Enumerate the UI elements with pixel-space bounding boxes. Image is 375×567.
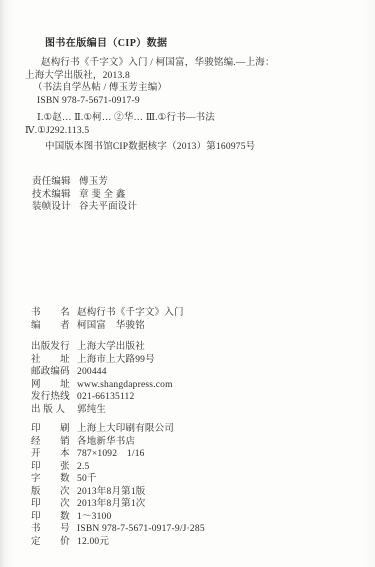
colophon-label: 书 号 bbox=[31, 523, 72, 536]
colophon-row: 印 刷 上海上大印刷有限公司 bbox=[31, 423, 365, 436]
colophon-row: 书 名 赵构行书《千字文》入门 bbox=[31, 307, 365, 320]
cip-classification: Ⅰ.①赵… Ⅱ.①柯… ②华… Ⅲ.①行书—书法 Ⅳ.①J292.113.5 bbox=[25, 112, 363, 137]
colophon-row: 书 号 ISBN 978-7-5671-0917-9/J·285 bbox=[31, 523, 365, 536]
colophon-label: 定 价 bbox=[31, 536, 72, 549]
colophon-row: 定 价 12.00元 bbox=[31, 536, 365, 549]
colophon-label: 网 址 bbox=[31, 379, 72, 392]
colophon-value: 50千 bbox=[77, 473, 97, 486]
editor-label: 装帧设计 bbox=[32, 201, 73, 214]
colophon-label: 出 版 人 bbox=[31, 404, 72, 417]
colophon-label: 社 址 bbox=[31, 354, 72, 367]
colophon-block: 书 名 赵构行书《千字文》入门 编 者 柯国富 华骏铭 出版发行 上海大学出版社… bbox=[31, 307, 365, 548]
cip-record-line: ISBN 978-7-5671-0917-9 bbox=[25, 95, 363, 108]
colophon-row: 网 址 www.shangdapress.com bbox=[31, 379, 365, 392]
editor-row: 技术编辑 章 斐 全 鑫 bbox=[32, 189, 137, 202]
editor-label: 责任编辑 bbox=[32, 176, 73, 189]
editor-row: 装帧设计 谷夫平面设计 bbox=[32, 201, 137, 214]
colophon-label: 印 刷 bbox=[31, 423, 72, 436]
colophon-row: 经 销 各地新华书店 bbox=[31, 436, 365, 449]
colophon-label: 邮政编码 bbox=[31, 366, 72, 379]
colophon-row: 印 次 2013年8月第1次 bbox=[31, 498, 365, 511]
cip-record: 赵构行书《千字文》入门 / 柯国富，华骏铭编.—上海： 上海大学出版社，2013… bbox=[25, 57, 363, 107]
colophon-label: 书 名 bbox=[31, 307, 72, 320]
cip-record-line: 上海大学出版社，2013.8 bbox=[25, 70, 363, 83]
editor-value: 谷夫平面设计 bbox=[79, 201, 137, 214]
copyright-page: 图书在版编目（CIP）数据 赵构行书《千字文》入门 / 柯国富，华骏铭编.—上海… bbox=[0, 0, 375, 567]
colophon-row: 版 次 2013年8月第1版 bbox=[31, 486, 365, 499]
colophon-value: 上海市上大路99号 bbox=[77, 354, 155, 367]
colophon-value: ISBN 978-7-5671-0917-9/J·285 bbox=[77, 523, 205, 536]
colophon-row: 字 数 50千 bbox=[31, 473, 365, 486]
colophon-row: 邮政编码 200444 bbox=[31, 366, 365, 379]
colophon-label: 发行热线 bbox=[31, 391, 72, 404]
colophon-value: 赵构行书《千字文》入门 bbox=[77, 307, 184, 320]
colophon-value: 2.5 bbox=[77, 461, 89, 474]
colophon-row: 印 张 2.5 bbox=[31, 461, 365, 474]
colophon-label: 开 本 bbox=[31, 448, 72, 461]
colophon-value: 200444 bbox=[77, 366, 107, 379]
colophon-row: 出 版 人 郭纯生 bbox=[31, 404, 365, 417]
colophon-value: 2013年8月第1版 bbox=[77, 486, 146, 499]
colophon-label: 印 数 bbox=[31, 511, 72, 524]
cip-check-line: 中国版本图书馆CIP数据核字（2013）第160975号 bbox=[25, 141, 363, 154]
colophon-value: 郭纯生 bbox=[77, 404, 106, 417]
colophon-value: 柯国富 华骏铭 bbox=[77, 320, 145, 333]
colophon-value: 2013年8月第1次 bbox=[77, 498, 146, 511]
colophon-row: 出版发行 上海大学出版社 bbox=[31, 341, 365, 354]
cip-record-line: （书法自学丛帖 / 傅玉芳主编） bbox=[25, 82, 363, 95]
colophon-value: 各地新华书店 bbox=[77, 436, 135, 449]
cip-block: 图书在版编目（CIP）数据 赵构行书《千字文》入门 / 柯国富，华骏铭编.—上海… bbox=[25, 38, 363, 154]
colophon-value: 12.00元 bbox=[77, 536, 109, 549]
editor-value: 章 斐 全 鑫 bbox=[79, 189, 126, 202]
colophon-value: 021-66135112 bbox=[77, 391, 134, 404]
colophon-value: 787×1092 1/16 bbox=[77, 448, 145, 461]
editors-block: 责任编辑 傅玉芳 技术编辑 章 斐 全 鑫 装帧设计 谷夫平面设计 bbox=[32, 176, 137, 214]
colophon-label: 编 者 bbox=[31, 320, 72, 333]
editor-value: 傅玉芳 bbox=[79, 176, 108, 189]
editor-label: 技术编辑 bbox=[32, 189, 73, 202]
cip-title: 图书在版编目（CIP）数据 bbox=[45, 38, 363, 50]
colophon-row: 社 址 上海市上大路99号 bbox=[31, 354, 365, 367]
cip-record-line: 赵构行书《千字文》入门 / 柯国富，华骏铭编.—上海： bbox=[25, 57, 363, 70]
colophon-label: 印 张 bbox=[31, 461, 72, 474]
cip-classification-line: Ⅳ.①J292.113.5 bbox=[25, 125, 363, 138]
colophon-label: 版 次 bbox=[31, 486, 72, 499]
colophon-label: 字 数 bbox=[31, 473, 72, 486]
colophon-row: 编 者 柯国富 华骏铭 bbox=[31, 320, 365, 333]
editor-row: 责任编辑 傅玉芳 bbox=[32, 176, 137, 189]
colophon-label: 印 次 bbox=[31, 498, 72, 511]
colophon-row: 开 本 787×1092 1/16 bbox=[31, 448, 365, 461]
colophon-row: 印 数 1～3100 bbox=[31, 511, 365, 524]
cip-classification-line: Ⅰ.①赵… Ⅱ.①柯… ②华… Ⅲ.①行书—书法 bbox=[25, 112, 363, 125]
colophon-value: www.shangdapress.com bbox=[77, 379, 173, 392]
colophon-label: 经 销 bbox=[31, 436, 72, 449]
colophon-value: 上海上大印刷有限公司 bbox=[77, 423, 174, 436]
colophon-value: 上海大学出版社 bbox=[77, 341, 145, 354]
colophon-label: 出版发行 bbox=[31, 341, 72, 354]
colophon-row: 发行热线 021-66135112 bbox=[31, 391, 365, 404]
colophon-value: 1～3100 bbox=[77, 511, 111, 524]
